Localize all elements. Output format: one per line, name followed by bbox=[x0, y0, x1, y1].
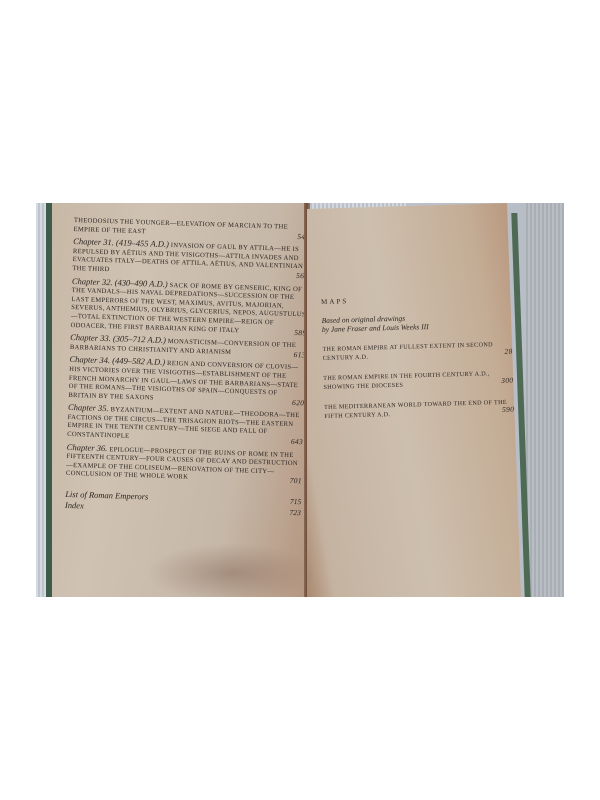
toc-page-number: 723 bbox=[289, 507, 301, 518]
map-page-number: 300 bbox=[501, 377, 513, 386]
toc-entry-text: THEODOSIUS THE YOUNGER—ELEVATION OF MARC… bbox=[74, 217, 289, 235]
map-page-number: 590 bbox=[502, 406, 514, 415]
maps-heading: MAPS bbox=[321, 293, 511, 306]
toc-entry: Chapter 34. (449–582 A.D.) REIGN AND CON… bbox=[68, 355, 305, 407]
map-title: THE ROMAN EMPIRE AT FULLEST EXTENT IN SE… bbox=[322, 341, 493, 361]
map-entry: THE ROMAN EMPIRE AT FULLEST EXTENT IN SE… bbox=[322, 341, 512, 363]
toc-page-number: 643 bbox=[291, 438, 303, 447]
tablecloth-right bbox=[524, 203, 564, 597]
toc-entry: Chapter 32. (430–490 A.D.) SACK OF ROME … bbox=[70, 277, 308, 338]
toc-chapter-label: Chapter 31. (419–455 A.D.) bbox=[73, 236, 169, 249]
maps-credit: Based on original drawings by Jane Frase… bbox=[322, 311, 512, 334]
map-entry: THE ROMAN EMPIRE IN THE FOURTH CENTURY A… bbox=[323, 370, 513, 392]
toc-chapter-label: Chapter 33. (305–712 A.D.) bbox=[70, 332, 166, 345]
toc-page-number: 620 bbox=[292, 399, 304, 408]
right-page: MAPS Based on original drawings by Jane … bbox=[307, 203, 521, 597]
toc-page-number: 701 bbox=[290, 477, 302, 486]
toc-chapter-label: Chapter 34. (449–582 A.D.) bbox=[69, 354, 165, 367]
table-of-contents: THEODOSIUS THE YOUNGER—ELEVATION OF MARC… bbox=[65, 217, 310, 518]
map-title: THE MEDITERRANEAN WORLD TOWARD THE END O… bbox=[324, 399, 507, 420]
maps-list: MAPS Based on original drawings by Jane … bbox=[321, 293, 515, 433]
toc-chapter-label: Chapter 35. bbox=[68, 402, 109, 413]
toc-entry: Chapter 36. EPILOGUE—PROSPECT OF THE RUI… bbox=[66, 443, 303, 487]
hand-shadow bbox=[146, 543, 316, 597]
map-page-number: 28 bbox=[504, 348, 512, 357]
toc-entry: Chapter 31. (419–455 A.D.) INVASION OF G… bbox=[72, 237, 309, 281]
toc-entry-text: REIGN AND CONVERSION OF CLOVIS—HIS VICTO… bbox=[68, 360, 298, 401]
toc-entry: Chapter 35. BYZANTIUM—EXTENT AND NATURE—… bbox=[67, 403, 304, 447]
toc-back-matter-label: Index bbox=[65, 500, 84, 511]
toc-page-number: 715 bbox=[290, 496, 302, 507]
left-page: THEODOSIUS THE YOUNGER—ELEVATION OF MARC… bbox=[52, 203, 307, 597]
map-entry: THE MEDITERRANEAN WORLD TOWARD THE END O… bbox=[324, 399, 514, 421]
map-title: THE ROMAN EMPIRE IN THE FOURTH CENTURY A… bbox=[323, 370, 490, 390]
toc-entry-text: SACK OF ROME BY GENSERIC, KING OF THE VA… bbox=[70, 282, 305, 334]
toc-chapter-label: Chapter 36. bbox=[67, 442, 108, 453]
book-photo: THEODOSIUS THE YOUNGER—ELEVATION OF MARC… bbox=[36, 203, 564, 597]
